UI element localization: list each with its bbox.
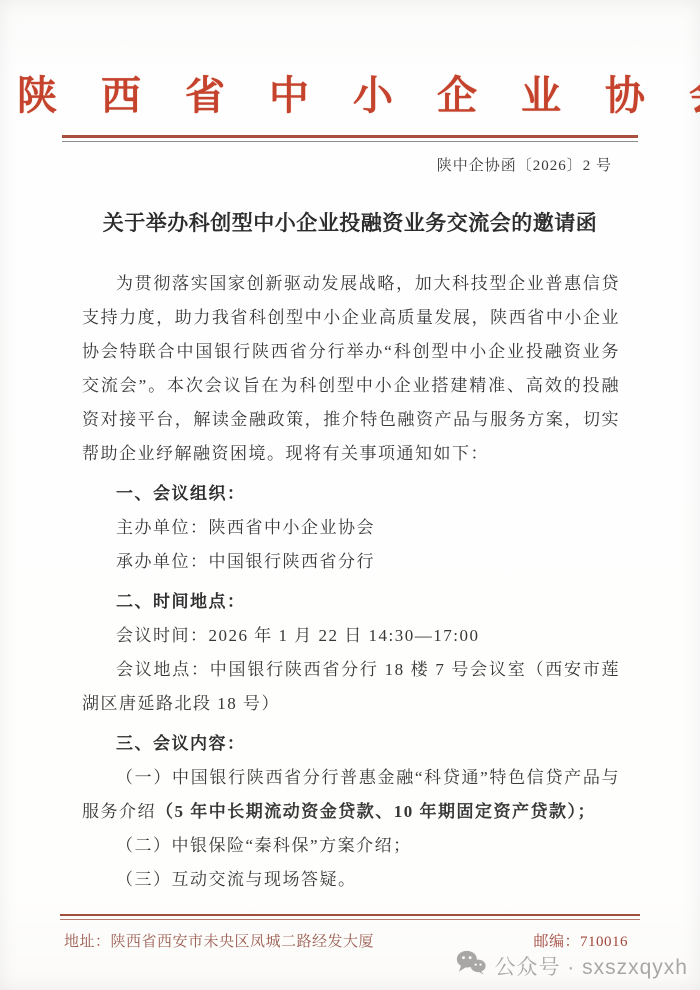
wechat-watermark-label: 公众号 · sxszxqyxh: [494, 951, 688, 981]
org-name: 陕 西 省 中 小 企 业 协 会: [0, 0, 700, 121]
section3-item1: （一）中国银行陕西省分行普惠金融“科贷通”特色信贷产品与服务介绍（5 年中长期流…: [82, 761, 620, 829]
section3-item1-bold: （5 年中长期流动资金贷款、10 年期固定资产贷款）；: [156, 802, 596, 821]
intro-paragraph: 为贯彻落实国家创新驱动发展战略，加大科技型企业普惠信贷支持力度，助力我省科创型中…: [82, 267, 620, 471]
footer-postal-code: 邮编：710016: [533, 930, 628, 951]
letterhead-divider: [62, 135, 638, 142]
section1-organizer-line: 承办单位：中国银行陕西省分行: [82, 545, 620, 579]
footer-divider: [60, 914, 640, 920]
footer-address: 地址：陕西省西安市未央区凤城二路经发大厦: [64, 930, 374, 951]
section1-host-line: 主办单位：陕西省中小企业协会: [82, 511, 620, 545]
section3-item3: （三）互动交流与现场答疑。: [82, 863, 620, 897]
wechat-icon: [456, 950, 486, 981]
section3-item2: （二）中银保险“秦科保”方案介绍；: [82, 829, 620, 863]
section2-time-line: 会议时间：2026 年 1 月 22 日 14:30—17:00: [82, 619, 620, 653]
doc-number: 陕中企协函〔2026〕2 号: [0, 154, 612, 175]
section2-location-line: 会议地点：中国银行陕西省分行 18 楼 7 号会议室（西安市莲湖区唐延路北段 1…: [82, 653, 620, 721]
document-body: 为贯彻落实国家创新驱动发展战略，加大科技型企业普惠信贷支持力度，助力我省科创型中…: [82, 267, 620, 897]
footer-info-row: 地址：陕西省西安市未央区凤城二路经发大厦 邮编：710016: [64, 930, 628, 951]
page-title: 关于举办科创型中小企业投融资业务交流会的邀请函: [0, 207, 700, 237]
section2-heading: 二、时间地点：: [82, 585, 620, 619]
wechat-watermark: 公众号 · sxszxqyxh: [456, 950, 688, 981]
section1-heading: 一、会议组织：: [82, 477, 620, 511]
document-page: 陕 西 省 中 小 企 业 协 会 陕中企协函〔2026〕2 号 关于举办科创型…: [0, 0, 700, 990]
document-footer: 地址：陕西省西安市未央区凤城二路经发大厦 邮编：710016: [0, 914, 700, 951]
section3-heading: 三、会议内容：: [82, 727, 620, 761]
